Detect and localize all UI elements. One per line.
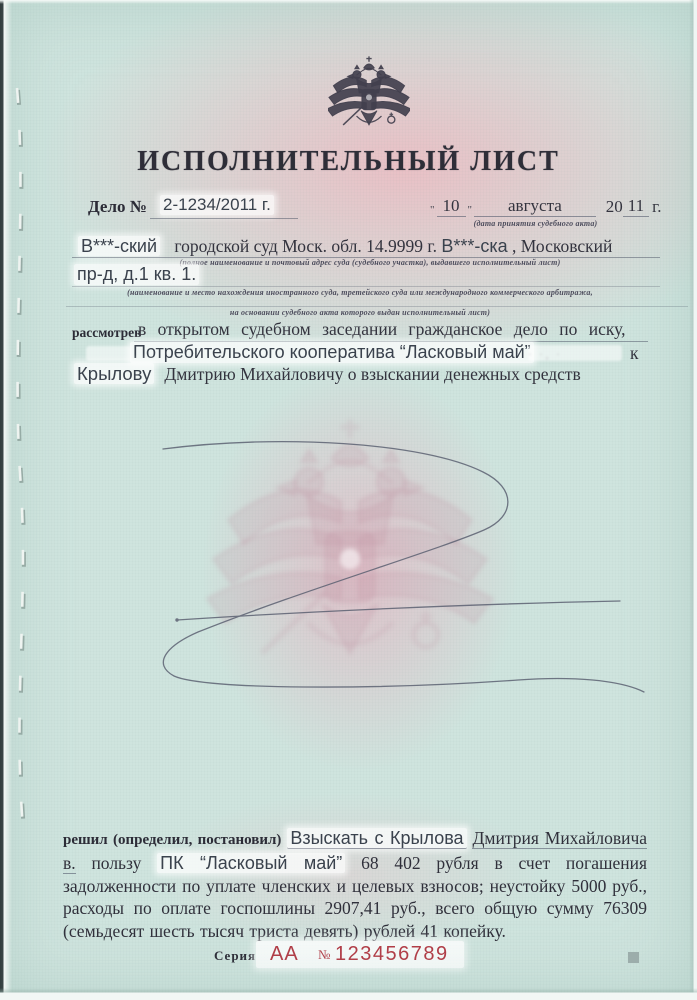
scan-edge-left: [0, 0, 12, 1000]
scan-edge-top: [0, 0, 697, 4]
scan-vignette: [0, 0, 697, 1000]
writ-of-execution-page: ИСПОЛНИТЕЛЬНЫЙ ЛИСТ Дело № 2-1234/2011 г…: [0, 0, 697, 1000]
registration-mark: [628, 952, 639, 963]
scan-edge-bottom: [0, 988, 697, 1000]
scan-edge-right: [689, 0, 697, 1000]
